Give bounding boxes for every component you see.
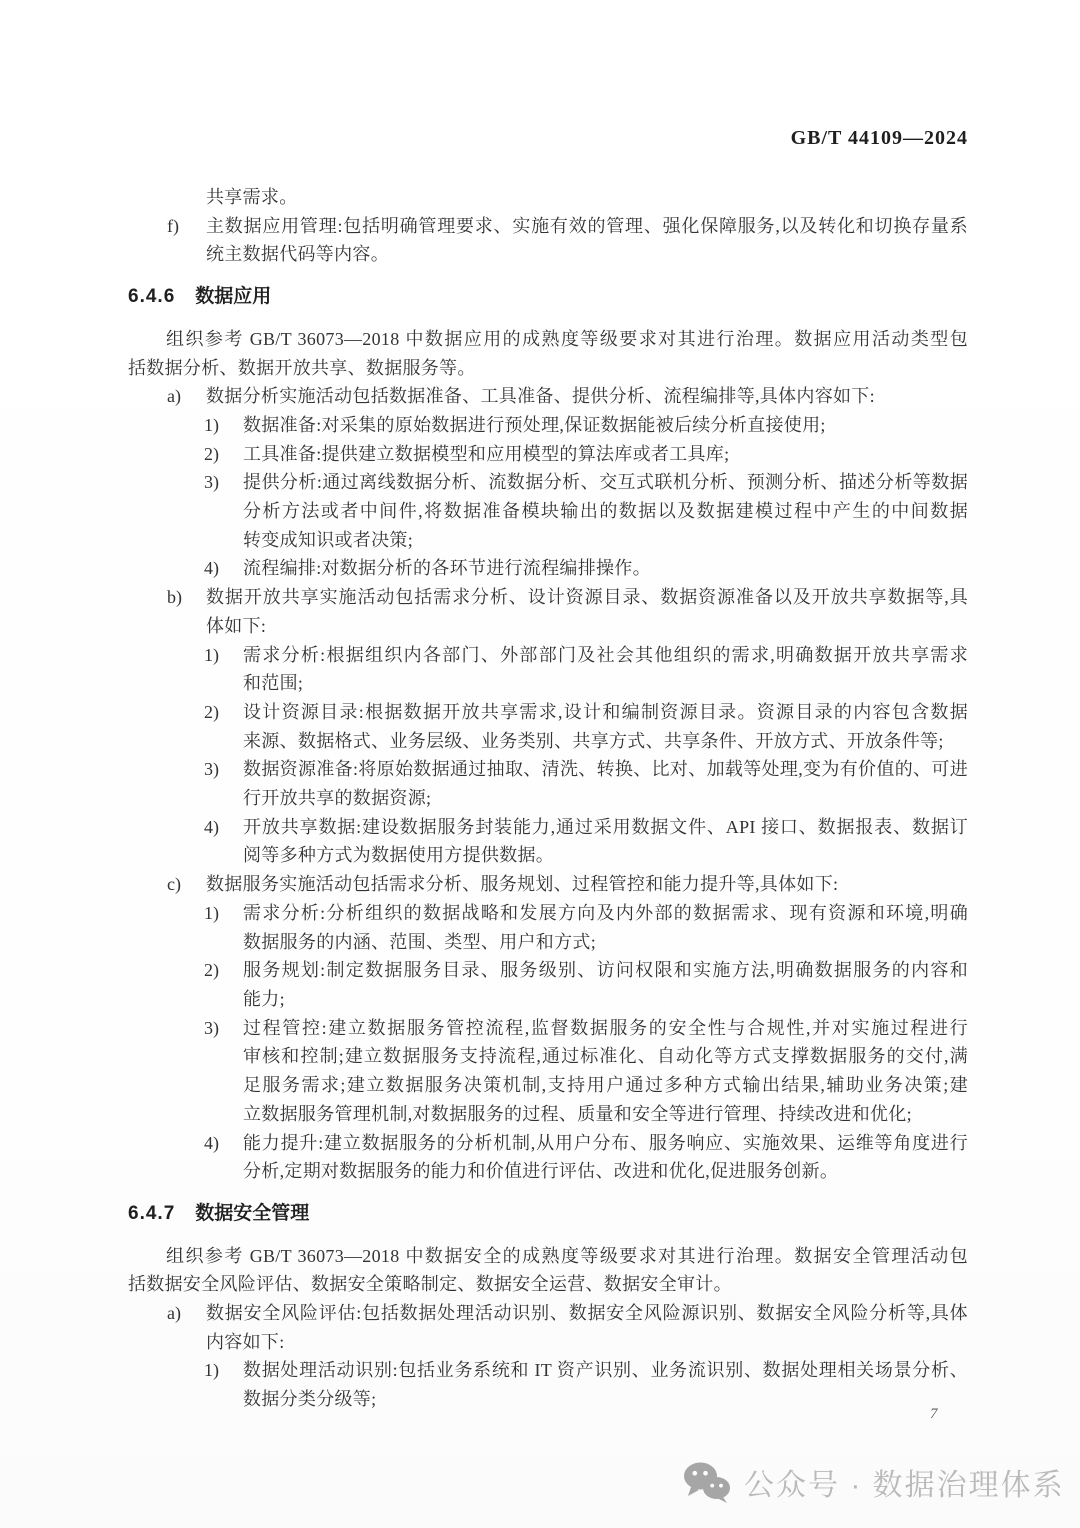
standard-number-header: GB/T 44109—2024 bbox=[128, 126, 968, 150]
line-text: 开放共享数据:建设数据服务封装能力,通过采用数据文件、API 接口、数据报表、数… bbox=[243, 817, 968, 837]
list-item-line: a)数据安全风险评估:包括数据处理活动识别、数据安全风险源识别、数据安全风险分析… bbox=[128, 1299, 968, 1328]
item-label: 3) bbox=[204, 1014, 219, 1043]
line-text: 流程编排:对数据分析的各环节进行流程编排操作。 bbox=[243, 558, 651, 578]
line-text: 足服务需求;建立数据服务决策机制,支持用户通过多种方式输出结果,辅助业务决策;建 bbox=[243, 1075, 968, 1095]
section-number: 6.4.6 bbox=[128, 286, 175, 307]
line-text: 提供分析:通过离线数据分析、流数据分析、交互式联机分析、预测分析、描述分析等数据 bbox=[243, 472, 968, 492]
list-item-line: 统主数据代码等内容。 bbox=[128, 240, 968, 269]
list-item-line: f)主数据应用管理:包括明确管理要求、实施有效的管理、强化保障服务,以及转化和切… bbox=[128, 212, 968, 241]
line-text: 内容如下: bbox=[206, 1332, 285, 1352]
list-item-line: 3)提供分析:通过离线数据分析、流数据分析、交互式联机分析、预测分析、描述分析等… bbox=[128, 468, 968, 497]
item-label: 2) bbox=[204, 440, 219, 469]
line-text: 共享需求。 bbox=[206, 187, 298, 207]
item-label: 4) bbox=[204, 1129, 219, 1158]
paragraph-line: 括数据安全风险评估、数据安全策略制定、数据安全运营、数据安全审计。 bbox=[128, 1270, 968, 1299]
line-text: 需求分析:根据组织内各部门、外部部门及社会其他组织的需求,明确数据开放共享需求 bbox=[243, 645, 968, 665]
section-heading: 6.4.6数据应用 bbox=[128, 283, 968, 312]
list-item-line: 能力; bbox=[128, 985, 968, 1014]
list-item-line: 体如下: bbox=[128, 612, 968, 641]
list-item-line: 内容如下: bbox=[128, 1328, 968, 1357]
line-text: 数据开放共享实施活动包括需求分析、设计资源目录、数据资源准备以及开放共享数据等,… bbox=[206, 587, 968, 607]
line-text: 审核和控制;建立数据服务支持流程,通过标准化、自动化等方式支撑数据服务的交付,满 bbox=[243, 1046, 968, 1066]
item-label: 1) bbox=[204, 1356, 219, 1385]
watermark: 公众号 · 数据治理体系 bbox=[683, 1460, 1065, 1504]
line-text: 数据服务实施活动包括需求分析、服务规划、过程管控和能力提升等,具体如下: bbox=[206, 874, 838, 894]
list-item-line: 数据分类分级等; bbox=[128, 1385, 968, 1414]
line-text: 过程管控:建立数据服务管控流程,监督数据服务的安全性与合规性,并对实施过程进行 bbox=[243, 1018, 968, 1038]
line-text: 括数据安全风险评估、数据安全策略制定、数据安全运营、数据安全审计。 bbox=[128, 1274, 732, 1294]
list-item-line: 4)开放共享数据:建设数据服务封装能力,通过采用数据文件、API 接口、数据报表… bbox=[128, 813, 968, 842]
item-label: 1) bbox=[204, 411, 219, 440]
item-label: 3) bbox=[204, 468, 219, 497]
list-item-line: 3)过程管控:建立数据服务管控流程,监督数据服务的安全性与合规性,并对实施过程进… bbox=[128, 1014, 968, 1043]
line-text: 能力; bbox=[243, 989, 285, 1009]
list-item-line: 分析方法或者中间件,将数据准备模块输出的数据以及数据建模过程中产生的中间数据 bbox=[128, 497, 968, 526]
line-text: 设计资源目录:根据数据开放共享需求,设计和编制资源目录。资源目录的内容包含数据 bbox=[243, 702, 968, 722]
list-item-line: 4)流程编排:对数据分析的各环节进行流程编排操作。 bbox=[128, 554, 968, 583]
line-text: 数据分类分级等; bbox=[243, 1389, 376, 1409]
line-text: 转变成知识或者决策; bbox=[243, 530, 413, 550]
list-item-line: 审核和控制;建立数据服务支持流程,通过标准化、自动化等方式支撑数据服务的交付,满 bbox=[128, 1042, 968, 1071]
item-label: 4) bbox=[204, 554, 219, 583]
page-number: 7 bbox=[930, 1406, 938, 1423]
line-text: 数据安全风险评估:包括数据处理活动识别、数据安全风险源识别、数据安全风险分析等,… bbox=[206, 1303, 968, 1323]
list-item-line: c)数据服务实施活动包括需求分析、服务规划、过程管控和能力提升等,具体如下: bbox=[128, 870, 968, 899]
section-number: 6.4.7 bbox=[128, 1203, 175, 1224]
list-item-line: a)数据分析实施活动包括数据准备、工具准备、提供分析、流程编排等,具体内容如下: bbox=[128, 382, 968, 411]
line-text: 统主数据代码等内容。 bbox=[206, 244, 389, 264]
text-column: GB/T 44109—2024 共享需求。f)主数据应用管理:包括明确管理要求、… bbox=[0, 126, 1080, 1414]
line-text: 来源、数据格式、业务层级、业务类别、共享方式、共享条件、开放方式、开放条件等; bbox=[243, 731, 944, 751]
item-label: 3) bbox=[204, 755, 219, 784]
wechat-icon bbox=[683, 1461, 731, 1503]
item-label: 4) bbox=[204, 813, 219, 842]
list-item-line: 1)数据准备:对采集的原始数据进行预处理,保证数据能被后续分析直接使用; bbox=[128, 411, 968, 440]
line-text: 数据服务的内涵、范围、类型、用户和方式; bbox=[243, 932, 596, 952]
line-text: 组织参考 GB/T 36073—2018 中数据应用的成熟度等级要求对其进行治理… bbox=[166, 329, 968, 349]
item-label: a) bbox=[167, 382, 181, 411]
list-item-line: 阅等多种方式为数据使用方提供数据。 bbox=[128, 841, 968, 870]
item-label: 2) bbox=[204, 698, 219, 727]
list-item-line: 2)工具准备:提供建立数据模型和应用模型的算法库或者工具库; bbox=[128, 440, 968, 469]
line-text: 组织参考 GB/T 36073—2018 中数据安全的成熟度等级要求对其进行治理… bbox=[166, 1246, 968, 1266]
list-item-line: 1)需求分析:分析组织的数据战略和发展方向及内外部的数据需求、现有资源和环境,明… bbox=[128, 899, 968, 928]
paragraph-line: 组织参考 GB/T 36073—2018 中数据应用的成熟度等级要求对其进行治理… bbox=[128, 325, 968, 354]
line-text: 分析方法或者中间件,将数据准备模块输出的数据以及数据建模过程中产生的中间数据 bbox=[243, 501, 968, 521]
document-page: GB/T 44109—2024 共享需求。f)主数据应用管理:包括明确管理要求、… bbox=[0, 0, 1080, 1528]
line-text: 阅等多种方式为数据使用方提供数据。 bbox=[243, 845, 554, 865]
paragraph-line: 括数据分析、数据开放共享、数据服务等。 bbox=[128, 354, 968, 383]
paragraph-line: 组织参考 GB/T 36073—2018 中数据安全的成熟度等级要求对其进行治理… bbox=[128, 1242, 968, 1271]
item-label: c) bbox=[167, 870, 181, 899]
line-text: 立数据服务管理机制,对数据服务的过程、质量和安全等进行管理、持续改进和优化; bbox=[243, 1104, 912, 1124]
section-title: 数据应用 bbox=[195, 286, 271, 307]
line-text: 服务规划:制定数据服务目录、服务级别、访问权限和实施方法,明确数据服务的内容和 bbox=[243, 960, 968, 980]
list-item-line: 来源、数据格式、业务层级、业务类别、共享方式、共享条件、开放方式、开放条件等; bbox=[128, 727, 968, 756]
item-label: f) bbox=[167, 212, 179, 241]
line-text: 需求分析:分析组织的数据战略和发展方向及内外部的数据需求、现有资源和环境,明确 bbox=[243, 903, 968, 923]
section-heading: 6.4.7数据安全管理 bbox=[128, 1200, 968, 1229]
item-label: b) bbox=[167, 583, 182, 612]
list-item-line: 和范围; bbox=[128, 669, 968, 698]
text-line: 共享需求。 bbox=[128, 183, 968, 212]
line-text: 数据准备:对采集的原始数据进行预处理,保证数据能被后续分析直接使用; bbox=[243, 415, 826, 435]
item-label: 1) bbox=[204, 641, 219, 670]
list-item-line: 立数据服务管理机制,对数据服务的过程、质量和安全等进行管理、持续改进和优化; bbox=[128, 1100, 968, 1129]
list-item-line: 4)能力提升:建立数据服务的分析机制,从用户分布、服务响应、实施效果、运维等角度… bbox=[128, 1129, 968, 1158]
list-item-line: 分析,定期对数据服务的能力和价值进行评估、改进和优化,促进服务创新。 bbox=[128, 1157, 968, 1186]
item-label: 2) bbox=[204, 956, 219, 985]
list-item-line: 数据服务的内涵、范围、类型、用户和方式; bbox=[128, 928, 968, 957]
list-item-line: 转变成知识或者决策; bbox=[128, 526, 968, 555]
watermark-text: 公众号 · 数据治理体系 bbox=[744, 1460, 1065, 1504]
line-text: 能力提升:建立数据服务的分析机制,从用户分布、服务响应、实施效果、运维等角度进行 bbox=[243, 1133, 968, 1153]
list-item-line: 足服务需求;建立数据服务决策机制,支持用户通过多种方式输出结果,辅助业务决策;建 bbox=[128, 1071, 968, 1100]
list-item-line: 2)服务规划:制定数据服务目录、服务级别、访问权限和实施方法,明确数据服务的内容… bbox=[128, 956, 968, 985]
line-text: 数据处理活动识别:包括业务系统和 IT 资产识别、业务流识别、数据处理相关场景分… bbox=[243, 1360, 968, 1380]
list-item-line: 3)数据资源准备:将原始数据通过抽取、清洗、转换、比对、加载等处理,变为有价值的… bbox=[128, 755, 968, 784]
item-label: a) bbox=[167, 1299, 181, 1328]
line-text: 数据分析实施活动包括数据准备、工具准备、提供分析、流程编排等,具体内容如下: bbox=[206, 386, 875, 406]
section-title: 数据安全管理 bbox=[195, 1203, 309, 1224]
line-text: 工具准备:提供建立数据模型和应用模型的算法库或者工具库; bbox=[243, 444, 729, 464]
line-text: 分析,定期对数据服务的能力和价值进行评估、改进和优化,促进服务创新。 bbox=[243, 1161, 838, 1181]
list-item-line: 行开放共享的数据资源; bbox=[128, 784, 968, 813]
line-text: 行开放共享的数据资源; bbox=[243, 788, 431, 808]
line-text: 括数据分析、数据开放共享、数据服务等。 bbox=[128, 358, 476, 378]
line-text: 和范围; bbox=[243, 673, 303, 693]
line-text: 体如下: bbox=[206, 616, 266, 636]
list-item-line: b)数据开放共享实施活动包括需求分析、设计资源目录、数据资源准备以及开放共享数据… bbox=[128, 583, 968, 612]
line-text: 主数据应用管理:包括明确管理要求、实施有效的管理、强化保障服务,以及转化和切换存… bbox=[206, 216, 968, 236]
document-body: 共享需求。f)主数据应用管理:包括明确管理要求、实施有效的管理、强化保障服务,以… bbox=[128, 183, 968, 1414]
line-text: 数据资源准备:将原始数据通过抽取、清洗、转换、比对、加载等处理,变为有价值的、可… bbox=[243, 759, 968, 779]
list-item-line: 1)数据处理活动识别:包括业务系统和 IT 资产识别、业务流识别、数据处理相关场… bbox=[128, 1356, 968, 1385]
item-label: 1) bbox=[204, 899, 219, 928]
list-item-line: 2)设计资源目录:根据数据开放共享需求,设计和编制资源目录。资源目录的内容包含数… bbox=[128, 698, 968, 727]
list-item-line: 1)需求分析:根据组织内各部门、外部部门及社会其他组织的需求,明确数据开放共享需… bbox=[128, 641, 968, 670]
